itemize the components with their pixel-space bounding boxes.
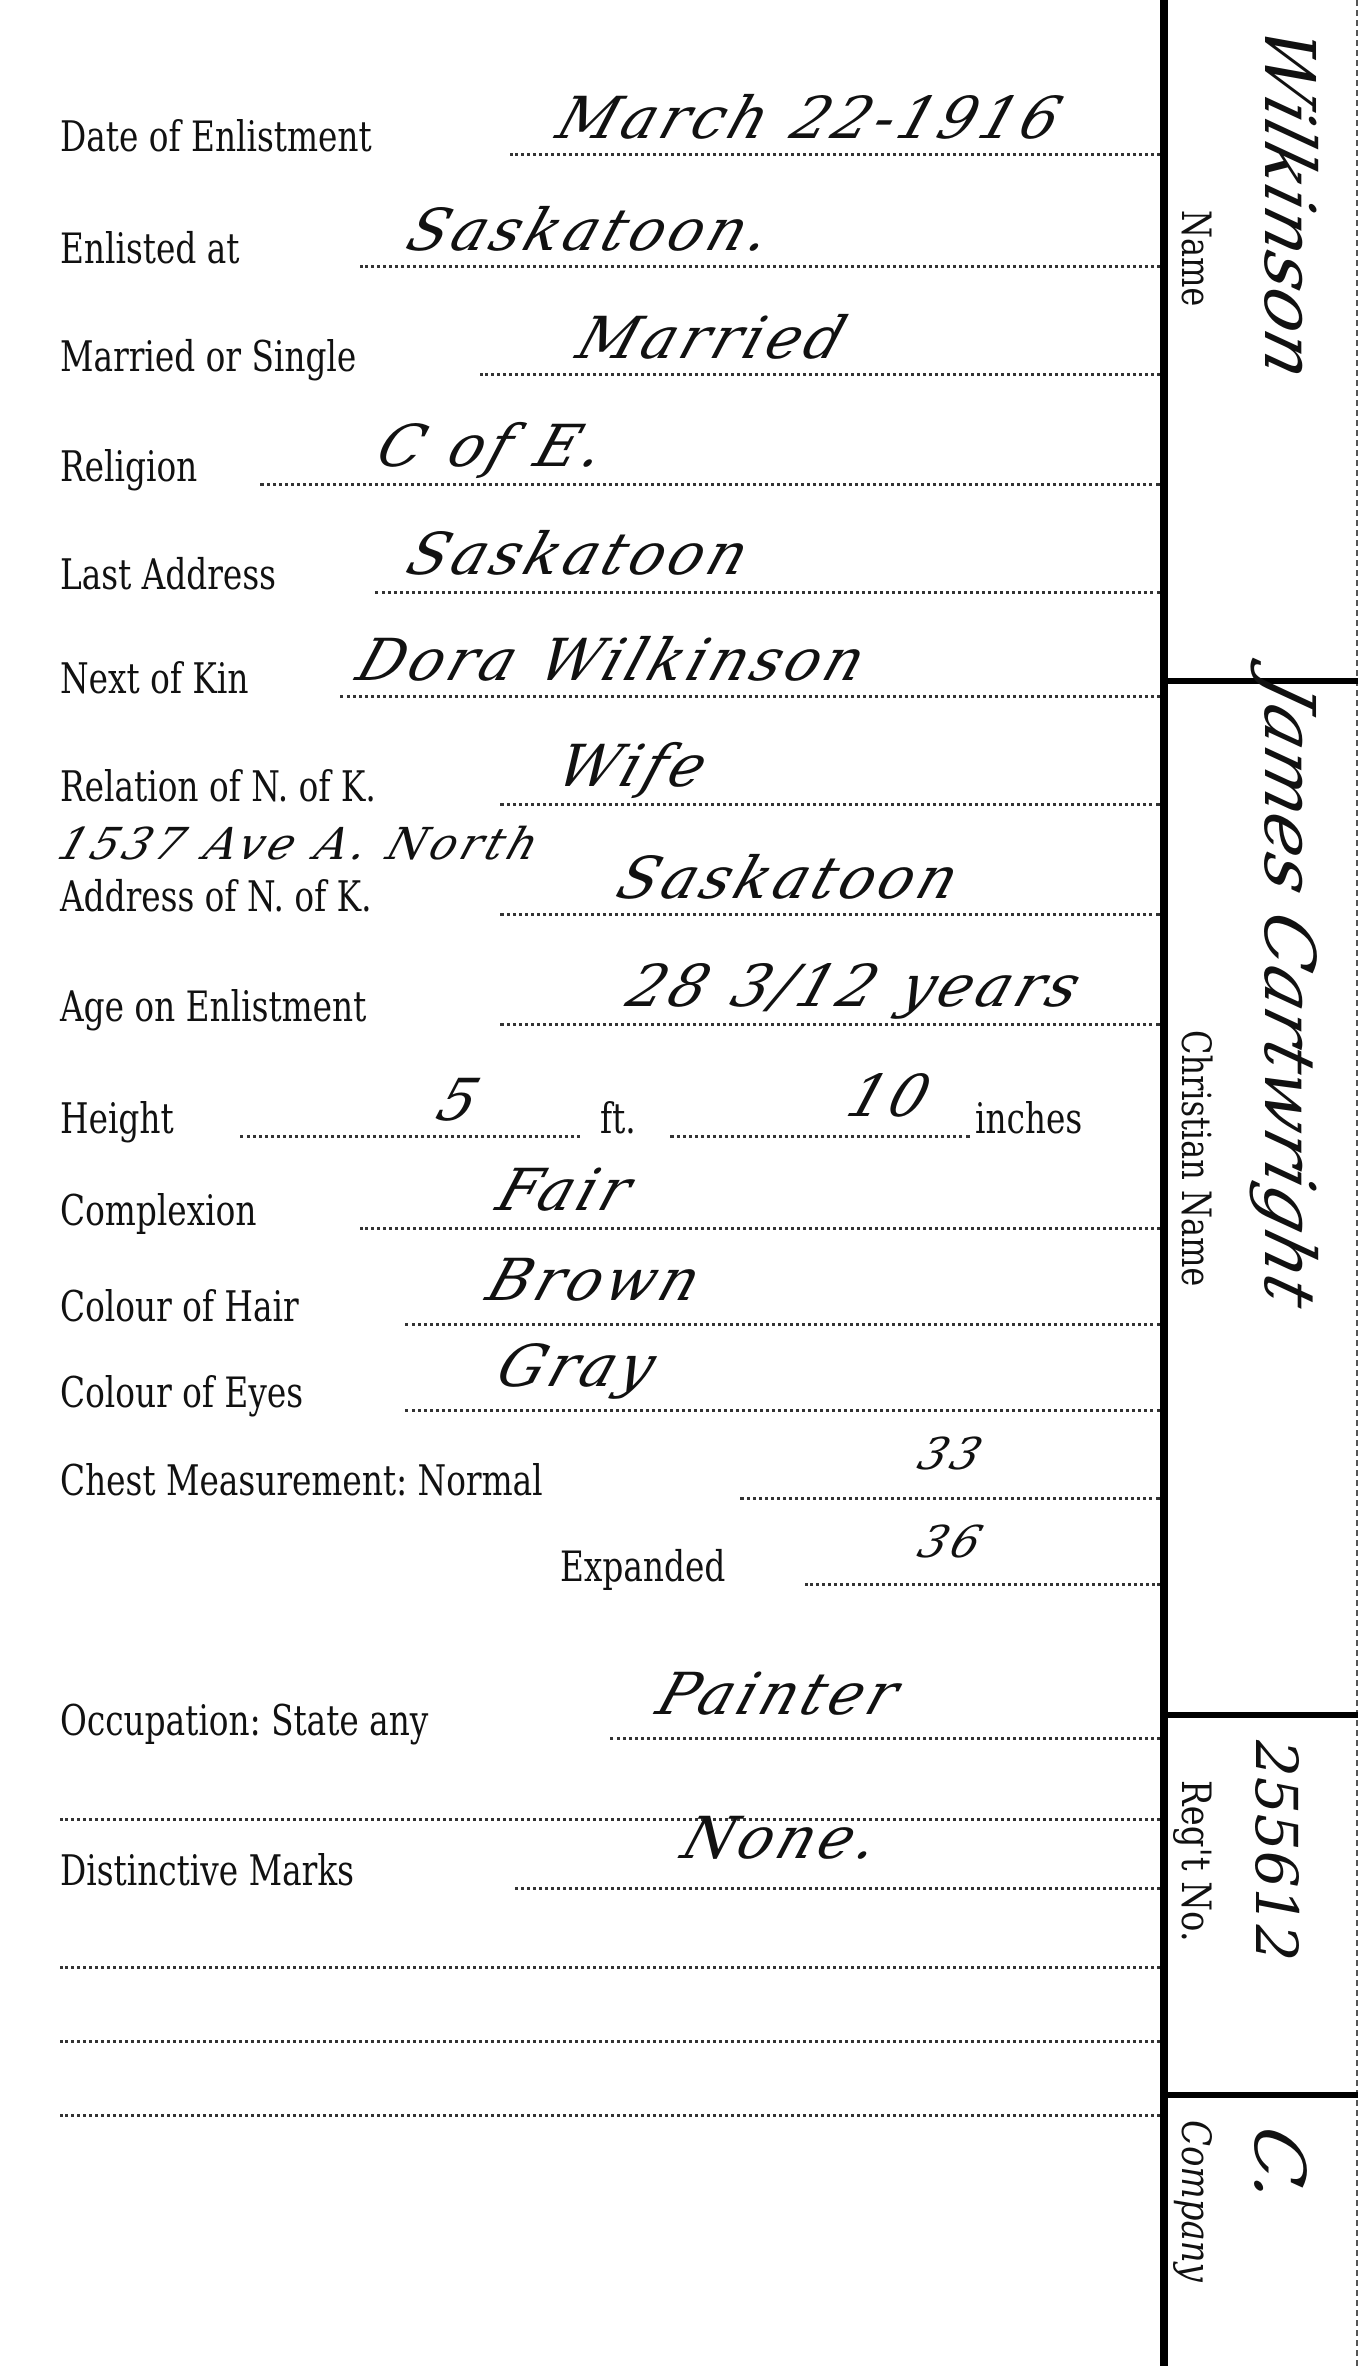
field-last-address: Last Address Saskatoon (60, 536, 1160, 596)
sidebar-rule-3 (1168, 2092, 1358, 2098)
handwritten-value: Saskatoon. (399, 196, 784, 264)
fill-line (405, 1409, 1160, 1412)
label: Address of N. of K. (60, 876, 372, 918)
fill-line (610, 1737, 1160, 1740)
field-colour-of-eyes: Colour of Eyes Gray (60, 1354, 1160, 1414)
label: Last Address (60, 554, 276, 596)
field-colour-of-hair: Colour of Hair Brown (60, 1268, 1160, 1328)
blank-line (60, 2040, 1160, 2043)
field-address-of-nok: Address of N. of K. 1537 Ave A. North Sa… (60, 858, 1160, 918)
handwritten-value: Dora Wilkinson (349, 626, 878, 694)
handwritten-value: 28 3/12 years (619, 952, 1093, 1020)
label: Age on Enlistment (60, 986, 366, 1028)
inches-unit: inches (975, 1098, 1082, 1140)
field-chest-expanded: Expanded 36 (60, 1528, 1160, 1588)
field-complexion: Complexion Fair (60, 1172, 1160, 1232)
handwritten-value: C of E. (369, 412, 618, 480)
sidebar-divider (1160, 0, 1168, 2366)
handwritten-value: Fair (489, 1156, 644, 1224)
field-occupation: Occupation: State any Painter (60, 1682, 1160, 1742)
blank-line (60, 1818, 1160, 1821)
fill-line (360, 265, 1160, 268)
handwritten-value: Painter (649, 1660, 911, 1728)
label: Chest Measurement: Normal (60, 1460, 543, 1502)
field-religion: Religion C of E. (60, 428, 1160, 488)
company-label: Company (1172, 2120, 1218, 2282)
field-date-of-enlistment: Date of Enlistment March 22-1916 (60, 98, 1160, 158)
handwritten-street: 1537 Ave A. North (52, 819, 549, 870)
label: Expanded (560, 1546, 725, 1588)
handwritten-value: None. (674, 1804, 892, 1872)
fill-line (375, 591, 1160, 594)
label: Colour of Eyes (60, 1372, 303, 1414)
label: Height (60, 1098, 174, 1140)
label: Enlisted at (60, 228, 239, 270)
field-enlisted-at: Enlisted at Saskatoon. (60, 210, 1160, 270)
handwritten-value: 36 (912, 1517, 993, 1568)
fill-line (515, 1887, 1160, 1890)
label: Complexion (60, 1190, 256, 1232)
field-chest-normal: Chest Measurement: Normal 33 (60, 1442, 1160, 1502)
handwritten-value: 33 (912, 1429, 993, 1480)
label: Religion (60, 446, 197, 488)
handwritten-value: Gray (489, 1332, 669, 1400)
fill-line (740, 1497, 1160, 1500)
christian-name-value: James Cartwright (1248, 668, 1330, 1316)
label: Relation of N. of K. (60, 766, 376, 808)
fill-line (405, 1323, 1160, 1326)
label: Married or Single (60, 336, 356, 378)
handwritten-value: Saskatoon (609, 844, 971, 912)
handwritten-value: Wife (549, 732, 720, 800)
fill-line (805, 1583, 1160, 1586)
card-edge (1356, 0, 1358, 2366)
christian-name-label: Christian Name (1172, 1030, 1218, 1286)
fill-line (500, 913, 1160, 916)
fill-line (500, 1023, 1160, 1026)
handwritten-value: Saskatoon (399, 520, 761, 588)
fill-line (340, 695, 1160, 698)
feet-unit: ft. (600, 1098, 636, 1140)
blank-line (60, 1966, 1160, 1969)
handwritten-value: Brown (479, 1246, 713, 1314)
label: Occupation: State any (60, 1700, 428, 1742)
handwritten-inches: 10 (839, 1062, 943, 1130)
name-value: Wilkinson (1248, 18, 1330, 389)
company-value: C. (1238, 2118, 1320, 2213)
sidebar-rule-2 (1168, 1712, 1358, 1718)
name-label: Name (1172, 210, 1218, 306)
label: Next of Kin (60, 658, 248, 700)
field-age-on-enlistment: Age on Enlistment 28 3/12 years (60, 968, 1160, 1028)
handwritten-value: March 22-1916 (549, 84, 1074, 152)
fill-line-inches (670, 1135, 970, 1138)
fill-line (360, 1227, 1160, 1230)
fill-line-feet (240, 1135, 580, 1138)
field-distinctive-marks: Distinctive Marks None. (60, 1832, 1160, 1892)
field-relation-of-nok: Relation of N. of K. Wife (60, 748, 1160, 808)
fill-line (510, 153, 1160, 156)
field-height: Height 5 ft. 10 inches (60, 1080, 1160, 1140)
regt-no-value: 255612 (1242, 1740, 1310, 1961)
label: Date of Enlistment (60, 116, 372, 158)
fill-line (480, 373, 1160, 376)
field-next-of-kin: Next of Kin Dora Wilkinson (60, 640, 1160, 700)
handwritten-value: Married (569, 304, 859, 372)
field-married-or-single: Married or Single Married (60, 318, 1160, 378)
fill-line (260, 483, 1160, 486)
regt-no-label: Reg't No. (1172, 1780, 1218, 1942)
fill-line (500, 803, 1160, 806)
handwritten-feet: 5 (429, 1066, 492, 1134)
label: Colour of Hair (60, 1286, 299, 1328)
label: Distinctive Marks (60, 1850, 354, 1892)
blank-line (60, 2114, 1160, 2117)
